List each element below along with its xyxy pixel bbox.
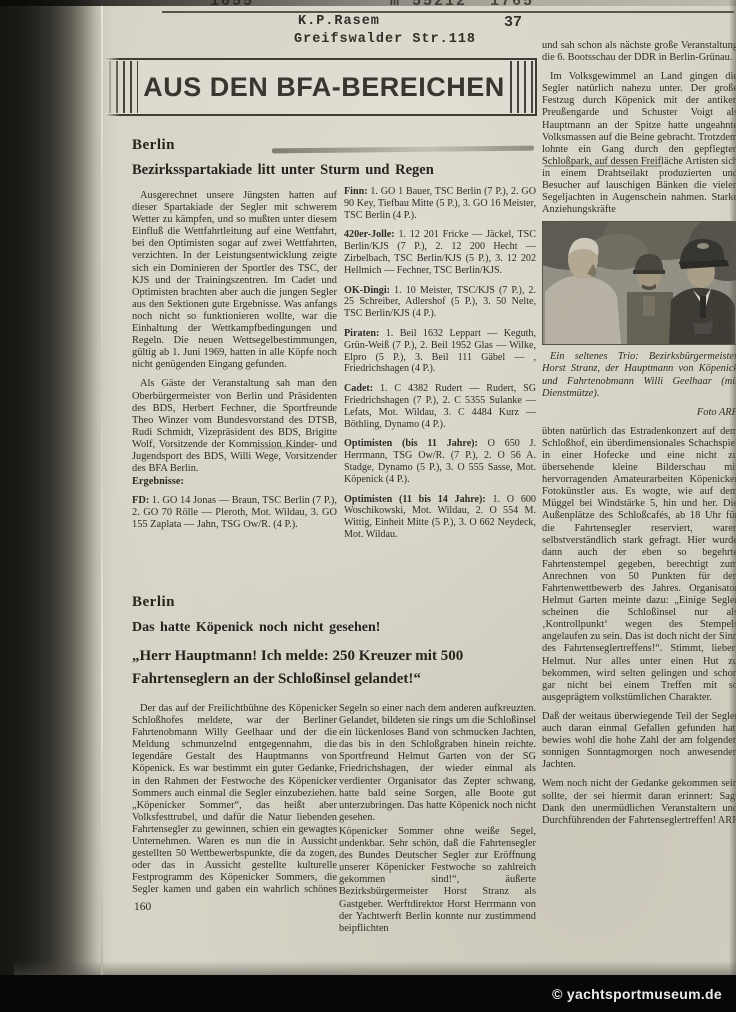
watermark-bar: © yachtsportmuseum.de — [0, 975, 736, 1012]
article1-paragraph-1: Ausgerechnet unsere Jüngsten hatten auf … — [132, 190, 337, 371]
result-entry-piraten: Piraten: 1. Beil 1632 Leppart — Keguth, … — [344, 328, 536, 375]
photo-three-men — [543, 222, 736, 344]
stamp-number-mid: m 55212 — [390, 0, 467, 10]
article2-headline: Das hatte Köpenick noch nicht gesehen! — [132, 620, 534, 636]
header-rule — [162, 11, 734, 13]
article1-paragraph-2: Als Gäste der Veranstaltung sah man den … — [132, 378, 337, 475]
article2-left-column: Der das auf der Freilichtbühne des Köpen… — [132, 703, 337, 895]
result-class-label: Optimisten (bis 11 Jahre): — [344, 438, 478, 449]
result-text: 1. GO 1 Bauer, TSC Berlin (7 P.), 2. GO … — [344, 186, 536, 221]
article1-region-heading: Berlin — [132, 137, 175, 154]
page-stamp-number: 37 — [504, 14, 522, 31]
right-paragraph-2: Im Volksgewimmel an Land gingen die Segl… — [542, 71, 736, 216]
banner-hatch-right — [510, 61, 534, 113]
result-entry-cadet: Cadet: 1. C 4382 Rudert — Rudert, SG Fri… — [344, 383, 536, 430]
result-entry-ok-dingi: OK-Dingi: 1. 10 Meister, TSC/KJS (7 P.),… — [344, 285, 536, 320]
result-class-label: Cadet: — [344, 383, 373, 394]
section-banner-title: AUS DEN BFA-BEREICHEN — [138, 72, 510, 103]
result-text: 1. GO 14 Jonas — Braun, TSC Berlin (7 P.… — [132, 495, 337, 530]
right-paragraph-4: Daß der weitaus überwiegende Teil der Se… — [542, 711, 736, 771]
author-signoff: ARF — [718, 815, 736, 827]
result-entry-optimisten-11-14: Optimisten (11 bis 14 Jahre): 1. O 600 W… — [344, 494, 536, 541]
result-entry-420er: 420er-Jolle: 1. 12 201 Fricke — Jäckel, … — [344, 229, 536, 276]
article2-paragraph-2: Segeln so einer nach dem anderen aufkreu… — [339, 703, 536, 824]
owner-address: Greifswalder Str.118 — [294, 32, 476, 47]
article2-region-heading: Berlin — [132, 594, 175, 611]
article2-paragraph-1: Der das auf der Freilichtbühne des Köpen… — [132, 703, 337, 895]
result-entry-fd: FD: 1. GO 14 Jonas — Braun, TSC Berlin (… — [132, 495, 337, 531]
watermark-text: © yachtsportmuseum.de — [552, 986, 722, 1002]
ink-smudge — [272, 146, 534, 154]
right-paragraph-5-text: Wem noch nicht der Gedanke gekommen sein… — [542, 778, 736, 825]
stamp-number-right: 1765 — [490, 0, 534, 10]
article1-results-column: Finn: 1. GO 1 Bauer, TSC Berlin (7 P.), … — [344, 186, 536, 588]
page-bottom-shadow — [14, 961, 736, 975]
result-class-label: Optimisten (11 bis 14 Jahre): — [344, 494, 486, 505]
article2-paragraph-3: Köpenicker Sommer ohne weiße Segel, unde… — [339, 826, 536, 935]
right-paragraph-5: Wem noch nicht der Gedanke gekommen sein… — [542, 778, 736, 826]
article1-headline: Bezirksspartakiade litt unter Sturm und … — [132, 162, 534, 179]
section-banner: AUS DEN BFA-BEREICHEN — [99, 58, 537, 116]
result-class-label: 420er-Jolle: — [344, 229, 395, 240]
photo-credit: Foto ARF — [542, 407, 736, 419]
result-class-label: Piraten: — [344, 328, 379, 339]
result-class-label: OK-Dingi: — [344, 285, 390, 296]
article1-left-column: Ausgerechnet unsere Jüngsten hatten auf … — [132, 190, 337, 588]
results-label: Ergebnisse: — [132, 476, 337, 488]
result-entry-optimisten-bis11: Optimisten (bis 11 Jahre): O 650 J. Herr… — [344, 438, 536, 485]
right-paragraph-1: und sah schon als nächste große Veransta… — [542, 40, 736, 64]
result-class-label: FD: — [132, 495, 149, 506]
result-entry-finn: Finn: 1. GO 1 Bauer, TSC Berlin (7 P.), … — [344, 186, 536, 221]
right-column: und sah schon als nächste große Veransta… — [542, 40, 736, 958]
page-number: 160 — [134, 901, 151, 913]
article2-right-column: Segeln so einer nach dem anderen aufkreu… — [339, 703, 536, 953]
result-class-label: Finn: — [344, 186, 368, 197]
photo-caption: Ein seltenes Trio: Bezirksbürgermeister … — [542, 351, 736, 399]
stamp-number-left: 1055 — [210, 0, 254, 10]
right-paragraph-3: übten natürlich das Estradenkonzert auf … — [542, 426, 736, 704]
banner-hatch-left — [102, 61, 138, 113]
photo-frame — [542, 221, 736, 345]
owner-name: K.P.Rasem — [298, 14, 380, 29]
article2-subheadline: „Herr Hauptmann! Ich melde: 250 Kreuzer … — [132, 645, 534, 692]
result-text: 1. C 4382 Rudert — Rudert, SG Friedrichs… — [344, 383, 536, 429]
scanned-page: 1055 m 55212 1765 K.P.Rasem 37 Greifswal… — [14, 0, 736, 975]
